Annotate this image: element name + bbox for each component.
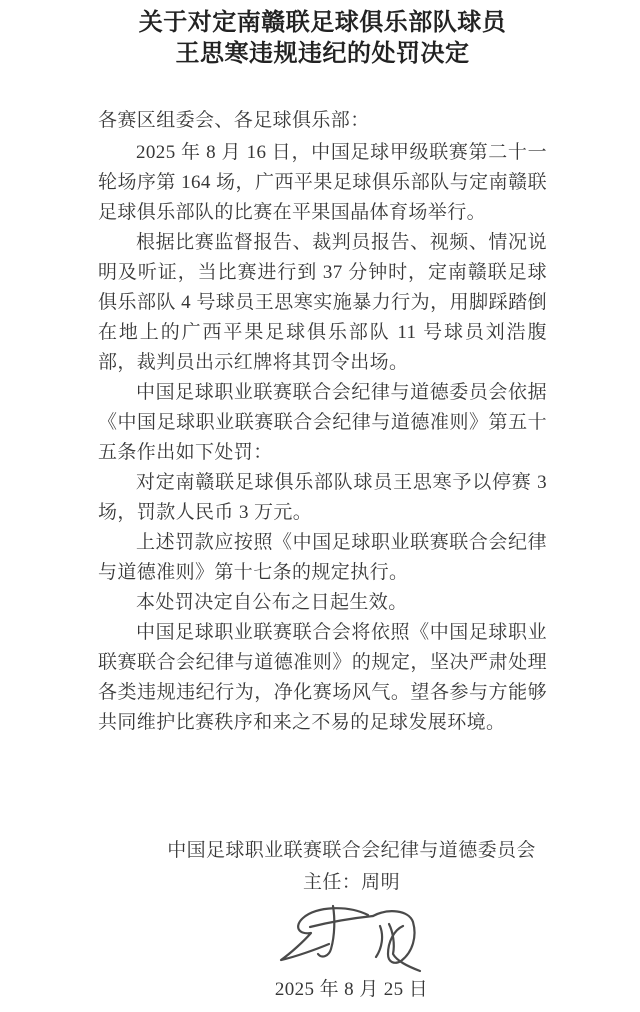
paragraph-match-info: 2025 年 8 月 16 日，中国足球甲级联赛第二十一轮场序第 164 场，广… bbox=[98, 138, 547, 228]
title-line-1: 关于对定南赣联足球俱乐部队球员 bbox=[98, 8, 547, 39]
disciplinary-decision-document: 关于对定南赣联足球俱乐部队球员 王思寒违规违纪的处罚决定 各赛区组委会、各足球俱… bbox=[0, 0, 640, 1012]
paragraph-incident-description: 根据比赛监督报告、裁判员报告、视频、情况说明及听证，当比赛进行到 37 分钟时，… bbox=[98, 228, 547, 378]
paragraph-ruling-basis: 中国足球职业联赛联合会纪律与道德委员会依据《中国足球职业联赛联合会纪律与道德准则… bbox=[98, 378, 547, 468]
salutation: 各赛区组委会、各足球俱乐部： bbox=[98, 106, 547, 136]
paragraph-fine-execution: 上述罚款应按照《中国足球职业联赛联合会纪律与道德准则》第十七条的规定执行。 bbox=[98, 528, 547, 588]
paragraph-punishment: 对定南赣联足球俱乐部队球员王思寒予以停赛 3 场，罚款人民币 3 万元。 bbox=[98, 468, 547, 528]
paragraph-closing-statement: 中国足球职业联赛联合会将依照《中国足球职业联赛联合会纪律与道德准则》的规定，坚决… bbox=[98, 618, 547, 738]
handwritten-signature-image bbox=[276, 900, 428, 976]
title-line-2: 王思寒违规违纪的处罚决定 bbox=[98, 39, 547, 70]
page-title: 关于对定南赣联足球俱乐部队球员 王思寒违规违纪的处罚决定 bbox=[98, 8, 547, 70]
signature-organization: 中国足球职业联赛联合会纪律与道德委员会 bbox=[156, 836, 547, 866]
paragraph-effective-date: 本处罚决定自公布之日起生效。 bbox=[98, 588, 547, 618]
signature-date: 2025 年 8 月 25 日 bbox=[156, 978, 547, 1002]
signature-block: 中国足球职业联赛联合会纪律与道德委员会 主任：周明 2025 年 8 月 25 … bbox=[156, 836, 547, 1002]
signature-signer-line: 主任：周明 bbox=[156, 868, 547, 898]
